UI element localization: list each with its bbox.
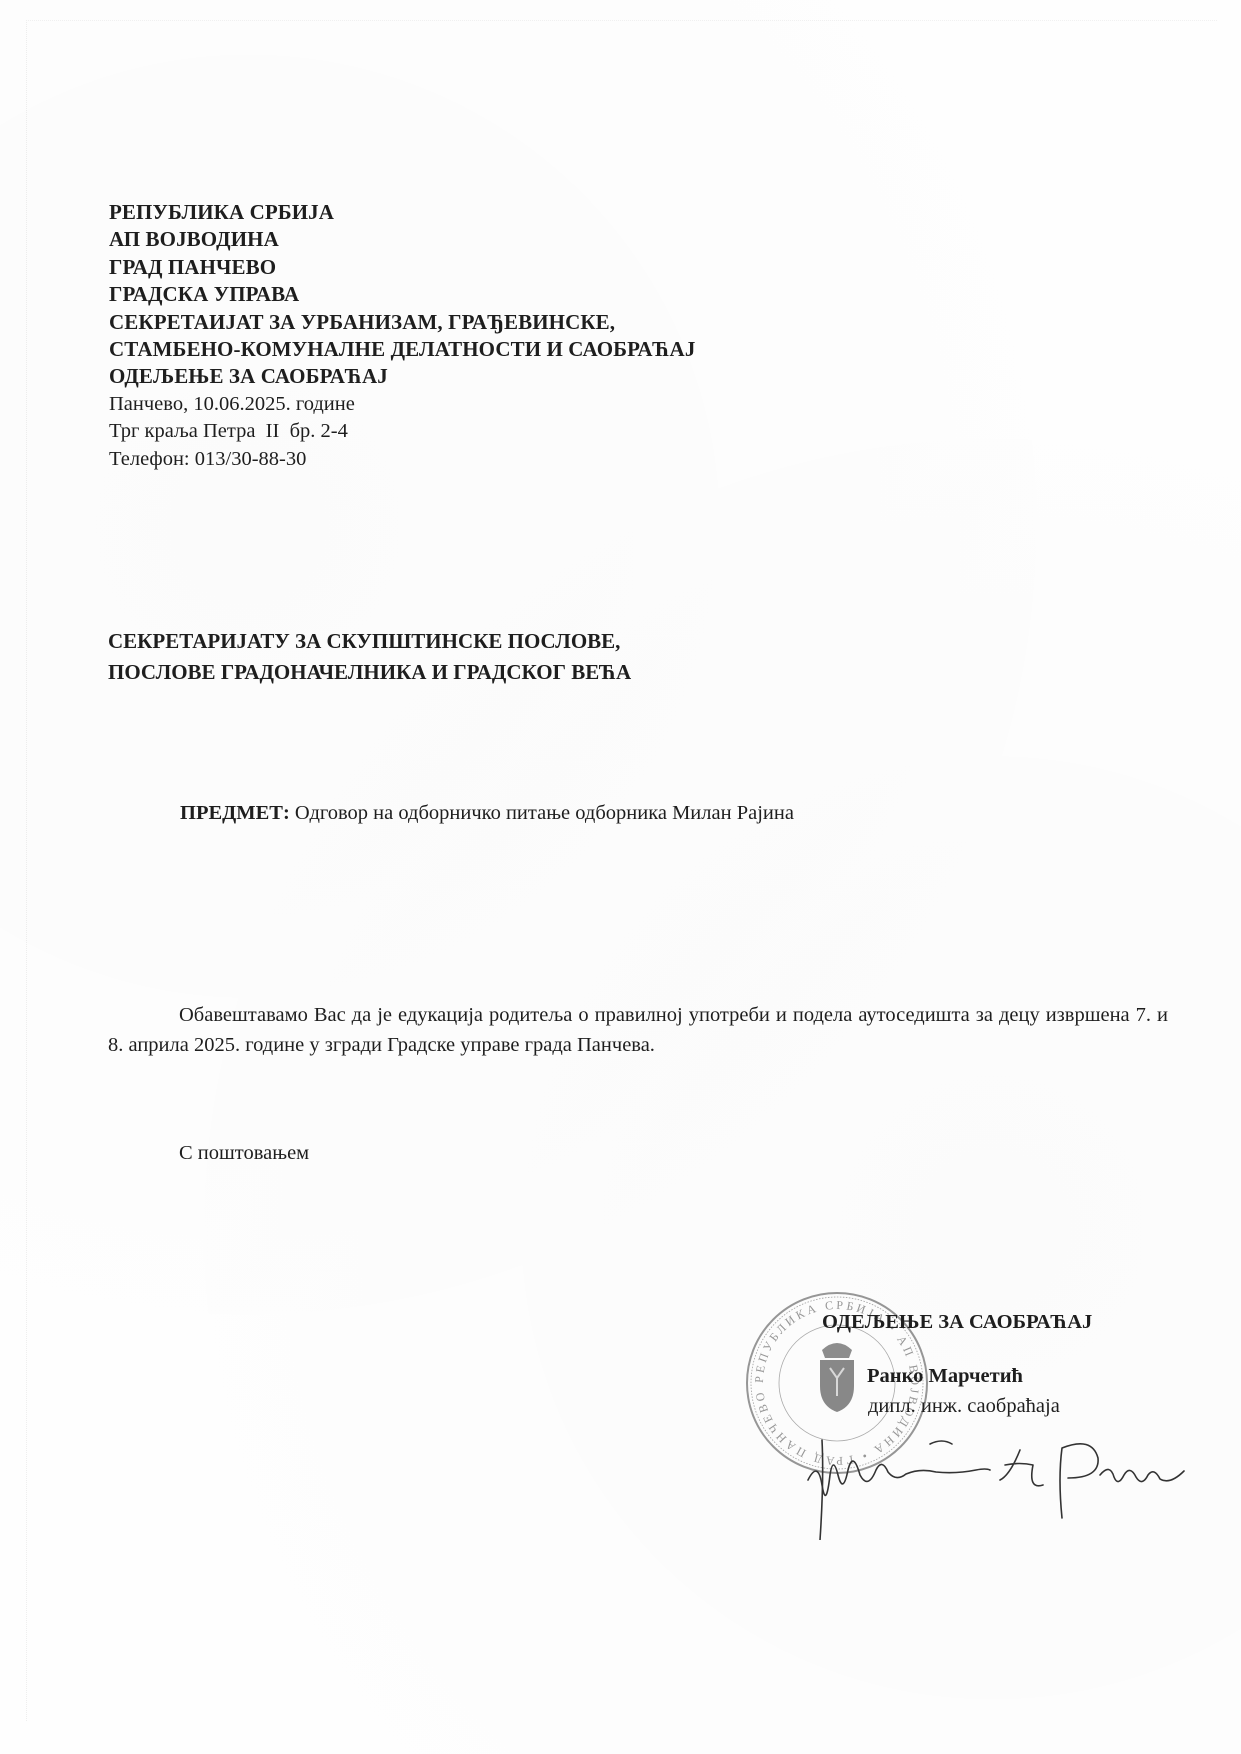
letterhead-line: ГРАД ПАНЧЕВО <box>109 254 695 281</box>
recipient-line: СЕКРЕТАРИЈАТУ ЗА СКУПШТИНСКЕ ПОСЛОВЕ, <box>108 626 631 657</box>
letterhead-line: СЕКРЕТАИЈАТ ЗА УРБАНИЗАМ, ГРАЂЕВИНСКЕ, <box>109 309 695 336</box>
subject-line: ПРЕДМЕТ: Одговор на одборничко питање од… <box>180 799 794 827</box>
coat-of-arms-icon <box>820 1343 854 1412</box>
signature-department: ОДЕЉЕЊЕ ЗА САОБРАЋАЈ <box>822 1311 1092 1334</box>
handwritten-signature <box>800 1420 1200 1540</box>
recipient-block: СЕКРЕТАРИЈАТУ ЗА СКУПШТИНСКЕ ПОСЛОВЕ, ПО… <box>108 626 631 688</box>
letterhead-line: АП ВОЈВОДИНА <box>109 226 695 253</box>
document-page: РЕПУБЛИКА СРБИЈА АП ВОЈВОДИНА ГРАД ПАНЧЕ… <box>0 0 1241 1754</box>
letterhead-address: Трг краља Петра II бр. 2-4 <box>109 418 695 445</box>
letterhead-line: РЕПУБЛИКА СРБИЈА <box>109 199 695 226</box>
letterhead-line: ГРАДСКА УПРАВА <box>109 281 695 308</box>
subject-label: ПРЕДМЕТ: <box>180 802 290 824</box>
recipient-line: ПОСЛОВЕ ГРАДОНАЧЕЛНИКА И ГРАДСКОГ ВЕЋА <box>108 657 631 688</box>
letterhead: РЕПУБЛИКА СРБИЈА АП ВОЈВОДИНА ГРАД ПАНЧЕ… <box>109 199 695 473</box>
closing-salutation: С поштовањем <box>179 1142 309 1165</box>
letterhead-phone: Телефон: 013/30-88-30 <box>109 446 695 473</box>
letterhead-date: Панчево, 10.06.2025. године <box>109 391 695 418</box>
subject-text: Одговор на одборничко питање одборника М… <box>290 802 794 824</box>
signatory-name: Ранко Марчетић <box>867 1365 1023 1388</box>
signatory-title: дипл. инж. саобраћаја <box>868 1395 1060 1418</box>
body-paragraph: Обавештавамо Вас да је едукација родитељ… <box>108 1001 1168 1060</box>
letterhead-department: ОДЕЉЕЊЕ ЗА САОБРАЋАЈ <box>109 363 695 390</box>
letterhead-line: СТАМБЕНО-КОМУНАЛНЕ ДЕЛАТНОСТИ И САОБРАЋА… <box>109 336 695 363</box>
